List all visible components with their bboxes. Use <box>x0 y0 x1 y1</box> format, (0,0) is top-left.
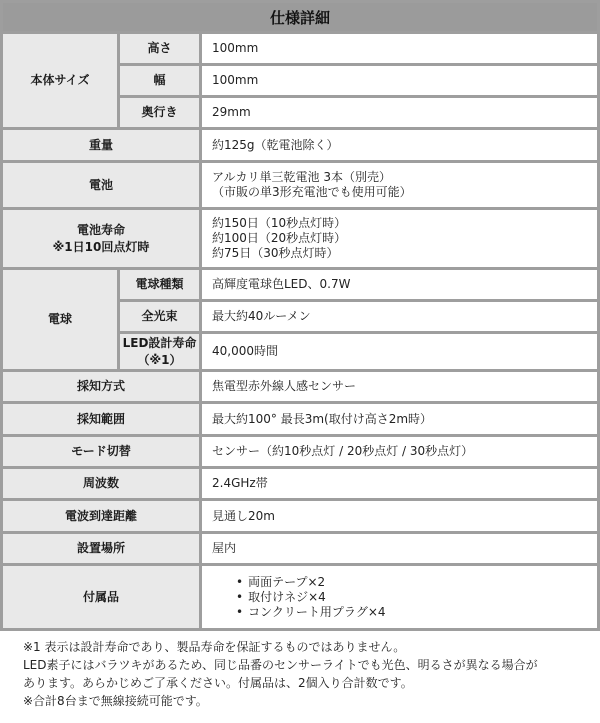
value-range: 見通し20m <box>201 500 599 533</box>
footnotes: ※1 表示は設計寿命であり、製品寿命を保証するものではありません。 LED素子に… <box>23 638 593 710</box>
value-weight: 約125g（乾電池除く） <box>201 129 599 162</box>
battery-life-20s: 約100日（20秒点灯時） <box>212 231 597 246</box>
spec-table: 仕様詳細 本体サイズ 高さ 100mm 幅 100mm 奥行き 29mm 重量 … <box>0 0 600 631</box>
value-luminous-flux: 最大約40ルーメン <box>201 301 599 333</box>
note-line: あります。あらかじめご了承ください。付属品は、2個入り合計数です。 <box>23 674 593 692</box>
led-life-label: LED設計寿命 <box>120 335 199 352</box>
label-weight: 重量 <box>2 129 201 162</box>
label-height: 高さ <box>119 33 201 65</box>
label-body-size: 本体サイズ <box>2 33 119 129</box>
label-depth: 奥行き <box>119 97 201 129</box>
value-width: 100mm <box>201 65 599 97</box>
label-mode: モード切替 <box>2 436 201 468</box>
battery-line-2: （市販の単3形充電池でも使用可能） <box>212 185 597 200</box>
note-line: ※1 表示は設計寿命であり、製品寿命を保証するものではありません。 <box>23 638 593 656</box>
label-location: 設置場所 <box>2 533 201 565</box>
label-bulb: 電球 <box>2 269 119 371</box>
value-detection-method: 焦電型赤外線人感センサー <box>201 371 599 403</box>
value-led-life: 40,000時間 <box>201 333 599 371</box>
value-battery-life: 約150日（10秒点灯時） 約100日（20秒点灯時） 約75日（30秒点灯時） <box>201 209 599 269</box>
value-mode: センサー（約10秒点灯 / 20秒点灯 / 30秒点灯） <box>201 436 599 468</box>
label-battery: 電池 <box>2 162 201 209</box>
value-detection-range: 最大約100° 最長3m(取付け高さ2m時） <box>201 403 599 436</box>
value-height: 100mm <box>201 33 599 65</box>
battery-line-1: アルカリ単三乾電池 3本（別売） <box>212 170 597 185</box>
accessories-list: 両面テープ×2 取付けネジ×4 コンクリート用プラグ×4 <box>212 575 597 620</box>
value-battery: アルカリ単三乾電池 3本（別売） （市販の単3形充電池でも使用可能） <box>201 162 599 209</box>
battery-life-condition: ※1日10回点灯時 <box>3 239 199 256</box>
note-line: LED素子にはバラツキがあるため、同じ品番のセンサーライトでも光色、明るさが異な… <box>23 656 593 674</box>
table-title: 仕様詳細 <box>2 2 599 33</box>
label-battery-life: 電池寿命 ※1日10回点灯時 <box>2 209 201 269</box>
note-line: ※合計8台まで無線接続可能です。 <box>23 692 593 710</box>
label-detection-method: 採知方式 <box>2 371 201 403</box>
value-accessories: 両面テープ×2 取付けネジ×4 コンクリート用プラグ×4 <box>201 565 599 630</box>
led-life-note: （※1） <box>120 352 199 369</box>
label-led-life: LED設計寿命 （※1） <box>119 333 201 371</box>
battery-life-10s: 約150日（10秒点灯時） <box>212 216 597 231</box>
value-depth: 29mm <box>201 97 599 129</box>
list-item: コンクリート用プラグ×4 <box>236 605 597 620</box>
value-bulb-type: 高輝度電球色LED、0.7W <box>201 269 599 301</box>
label-luminous-flux: 全光束 <box>119 301 201 333</box>
list-item: 取付けネジ×4 <box>236 590 597 605</box>
label-bulb-type: 電球種類 <box>119 269 201 301</box>
value-location: 屋内 <box>201 533 599 565</box>
label-width: 幅 <box>119 65 201 97</box>
list-item: 両面テープ×2 <box>236 575 597 590</box>
label-accessories: 付属品 <box>2 565 201 630</box>
label-detection-range: 採知範囲 <box>2 403 201 436</box>
battery-life-30s: 約75日（30秒点灯時） <box>212 246 597 261</box>
value-frequency: 2.4GHz帯 <box>201 468 599 500</box>
label-frequency: 周波数 <box>2 468 201 500</box>
label-range: 電波到達距離 <box>2 500 201 533</box>
battery-life-label: 電池寿命 <box>3 222 199 239</box>
